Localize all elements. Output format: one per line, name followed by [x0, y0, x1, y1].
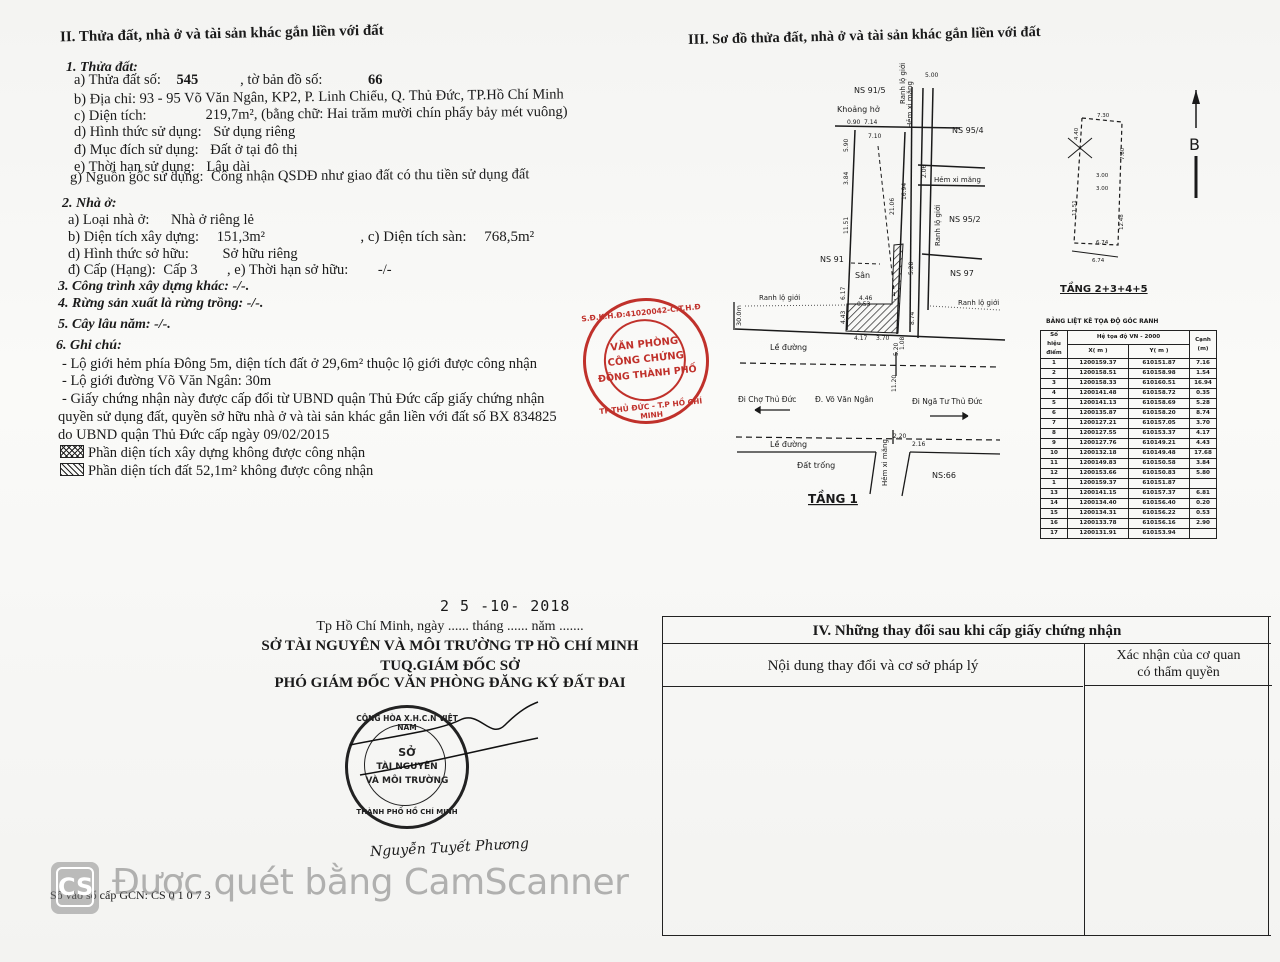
coord-row: 71200127.21610157.053.70 [1041, 419, 1217, 429]
svg-text:12.48: 12.48 [1119, 214, 1125, 230]
svg-text:0.90: 0.90 [847, 119, 861, 126]
coord-table-title: BẢNG LIỆT KÊ TỌA ĐỘ GÓC RANH [1046, 318, 1158, 325]
coordinate-table: Số hiệu điểm Hệ tọa độ VN - 2000 Cạnh (m… [1040, 330, 1217, 539]
svg-text:Sân: Sân [855, 271, 870, 280]
svg-text:11.20: 11.20 [891, 375, 898, 392]
svg-text:Ranh lộ giới: Ranh lộ giới [958, 299, 999, 307]
svg-text:NS:66: NS:66 [932, 471, 956, 480]
svg-text:0.53: 0.53 [857, 301, 871, 308]
coord-row: 161200133.78610156.162.90 [1041, 519, 1217, 529]
svg-text:3.70: 3.70 [876, 335, 890, 342]
svg-text:Hẻm xi măng: Hẻm xi măng [881, 439, 889, 486]
svg-text:2.06: 2.06 [921, 164, 928, 178]
svg-text:7.30: 7.30 [1097, 113, 1110, 119]
issuing-org: SỞ TÀI NGUYÊN VÀ MÔI TRƯỜNG TP HỒ CHÍ MI… [240, 638, 660, 655]
svg-text:11.51: 11.51 [843, 217, 850, 234]
svg-text:Đi Ngã Tư Thủ Đức: Đi Ngã Tư Thủ Đức [912, 397, 983, 406]
certificate-page: II. Thửa đất, nhà ở và tài sản khác gắn … [0, 0, 1280, 962]
svg-text:Đ. Võ Văn Ngân: Đ. Võ Văn Ngân [815, 395, 874, 404]
coord-row: 11200159.37610151.877.16 [1041, 359, 1217, 369]
authority-confirmation-header: Xác nhận của cơ quan có thẩm quyền [1084, 644, 1272, 686]
svg-text:3.84: 3.84 [843, 171, 850, 185]
coord-row: 171200131.91610153.94 [1041, 529, 1217, 539]
coord-group-1: 11200159.37610151.877.1621200158.5161015… [1041, 359, 1217, 489]
changes-after-issuance-table: IV. Những thay đổi sau khi cấp giấy chứn… [662, 616, 1271, 936]
svg-text:21.06: 21.06 [889, 198, 896, 215]
svg-text:Ranh lộ giới: Ranh lộ giới [899, 63, 907, 104]
svg-text:7.14: 7.14 [864, 119, 878, 126]
signature-stroke-icon [340, 700, 540, 790]
place-date-line: Tp Hồ Chí Minh, ngày ...... tháng ......… [240, 619, 660, 635]
coord-row: 151200134.31610156.220.53 [1041, 509, 1217, 519]
svg-text:NS 97: NS 97 [950, 269, 974, 278]
svg-text:5.00: 5.00 [925, 72, 939, 79]
svg-text:16.94: 16.94 [901, 183, 908, 200]
svg-text:4.17: 4.17 [854, 335, 868, 342]
coord-row: 61200135.87610158.208.74 [1041, 409, 1217, 419]
north-arrow-icon: B [1189, 90, 1200, 198]
svg-text:B: B [1189, 135, 1200, 154]
svg-text:4.43: 4.43 [840, 310, 847, 324]
svg-text:Ranh lộ giới: Ranh lộ giới [934, 205, 942, 246]
svg-text:NS 95/4: NS 95/4 [952, 126, 984, 135]
coord-row: 11200159.37610151.87 [1041, 479, 1217, 489]
camscanner-logo-icon: CS [51, 862, 99, 914]
signer-role-1: TUQ.GIÁM ĐỐC SỞ [240, 658, 660, 675]
signer-role-2: PHÓ GIÁM ĐỐC VĂN PHÒNG ĐĂNG KÝ ĐẤT ĐAI [240, 675, 660, 692]
svg-text:4.40: 4.40 [1074, 127, 1080, 140]
svg-text:2.16: 2.16 [912, 441, 926, 448]
svg-text:Hẻm xi măng: Hẻm xi măng [934, 176, 981, 184]
coord-row: 21200158.51610158.981.54 [1041, 369, 1217, 379]
svg-text:Lề đường: Lề đường [770, 439, 807, 449]
issue-date-stamp: 2 5 -10- 2018 [440, 597, 570, 615]
coord-row: 51200141.13610158.695.28 [1041, 399, 1217, 409]
coord-row: 31200158.33610160.5116.94 [1041, 379, 1217, 389]
coord-group-2: 131200141.15610157.376.81141200134.40610… [1041, 489, 1217, 539]
coord-row: 81200127.55610153.374.17 [1041, 429, 1217, 439]
svg-text:Lề đường: Lề đường [770, 342, 807, 352]
coord-row: 131200141.15610157.376.81 [1041, 489, 1217, 499]
svg-text:7.60: 7.60 [1120, 147, 1126, 160]
svg-text:TẦNG 2+3+4+5: TẦNG 2+3+4+5 [1060, 281, 1148, 295]
svg-text:NS 95/2: NS 95/2 [949, 215, 981, 224]
svg-text:Đi Chợ Thủ Đức: Đi Chợ Thủ Đức [738, 395, 796, 404]
coord-row: 91200127.76610149.214.43 [1041, 439, 1217, 449]
svg-text:3.00: 3.00 [1096, 173, 1109, 179]
svg-text:5.28: 5.28 [908, 261, 915, 275]
changes-content-header: Nội dung thay đổi và cơ sở pháp lý [663, 644, 1083, 687]
coord-row: 121200153.66610150.835.80 [1041, 469, 1217, 479]
svg-text:Ranh lộ giới: Ranh lộ giới [759, 294, 800, 302]
svg-text:NS 91: NS 91 [820, 255, 844, 264]
section-4-title: IV. Những thay đổi sau khi cấp giấy chứn… [663, 617, 1271, 644]
camscanner-watermark: Được quét bằng CamScanner [112, 862, 628, 903]
svg-text:2.20: 2.20 [893, 433, 907, 440]
svg-text:1.08: 1.08 [899, 336, 906, 350]
svg-text:3.00: 3.00 [1096, 186, 1109, 192]
svg-text:8.74: 8.74 [909, 311, 916, 325]
svg-text:11.51: 11.51 [1072, 200, 1078, 216]
svg-text:7.10: 7.10 [868, 133, 882, 140]
coord-row: 101200132.18610149.4817.68 [1041, 449, 1217, 459]
svg-text:6.17: 6.17 [840, 286, 847, 300]
svg-text:30.0m: 30.0m [735, 305, 743, 326]
coord-row: 41200141.48610158.720.35 [1041, 389, 1217, 399]
svg-text:6.74: 6.74 [1092, 258, 1105, 264]
svg-text:5.90: 5.90 [843, 138, 850, 152]
svg-text:TẦNG 1: TẦNG 1 [808, 489, 858, 506]
coord-row: 111200149.83610150.583.84 [1041, 459, 1217, 469]
svg-text:NS 91/5: NS 91/5 [854, 86, 886, 95]
coord-row: 141200134.40610156.400.20 [1041, 499, 1217, 509]
svg-text:Khoảng hở: Khoảng hở [837, 104, 880, 114]
svg-text:Hẻm xi măng: Hẻm xi măng [906, 81, 914, 128]
svg-text:Đất trống: Đất trống [797, 460, 835, 470]
svg-text:6.74: 6.74 [1096, 240, 1109, 246]
